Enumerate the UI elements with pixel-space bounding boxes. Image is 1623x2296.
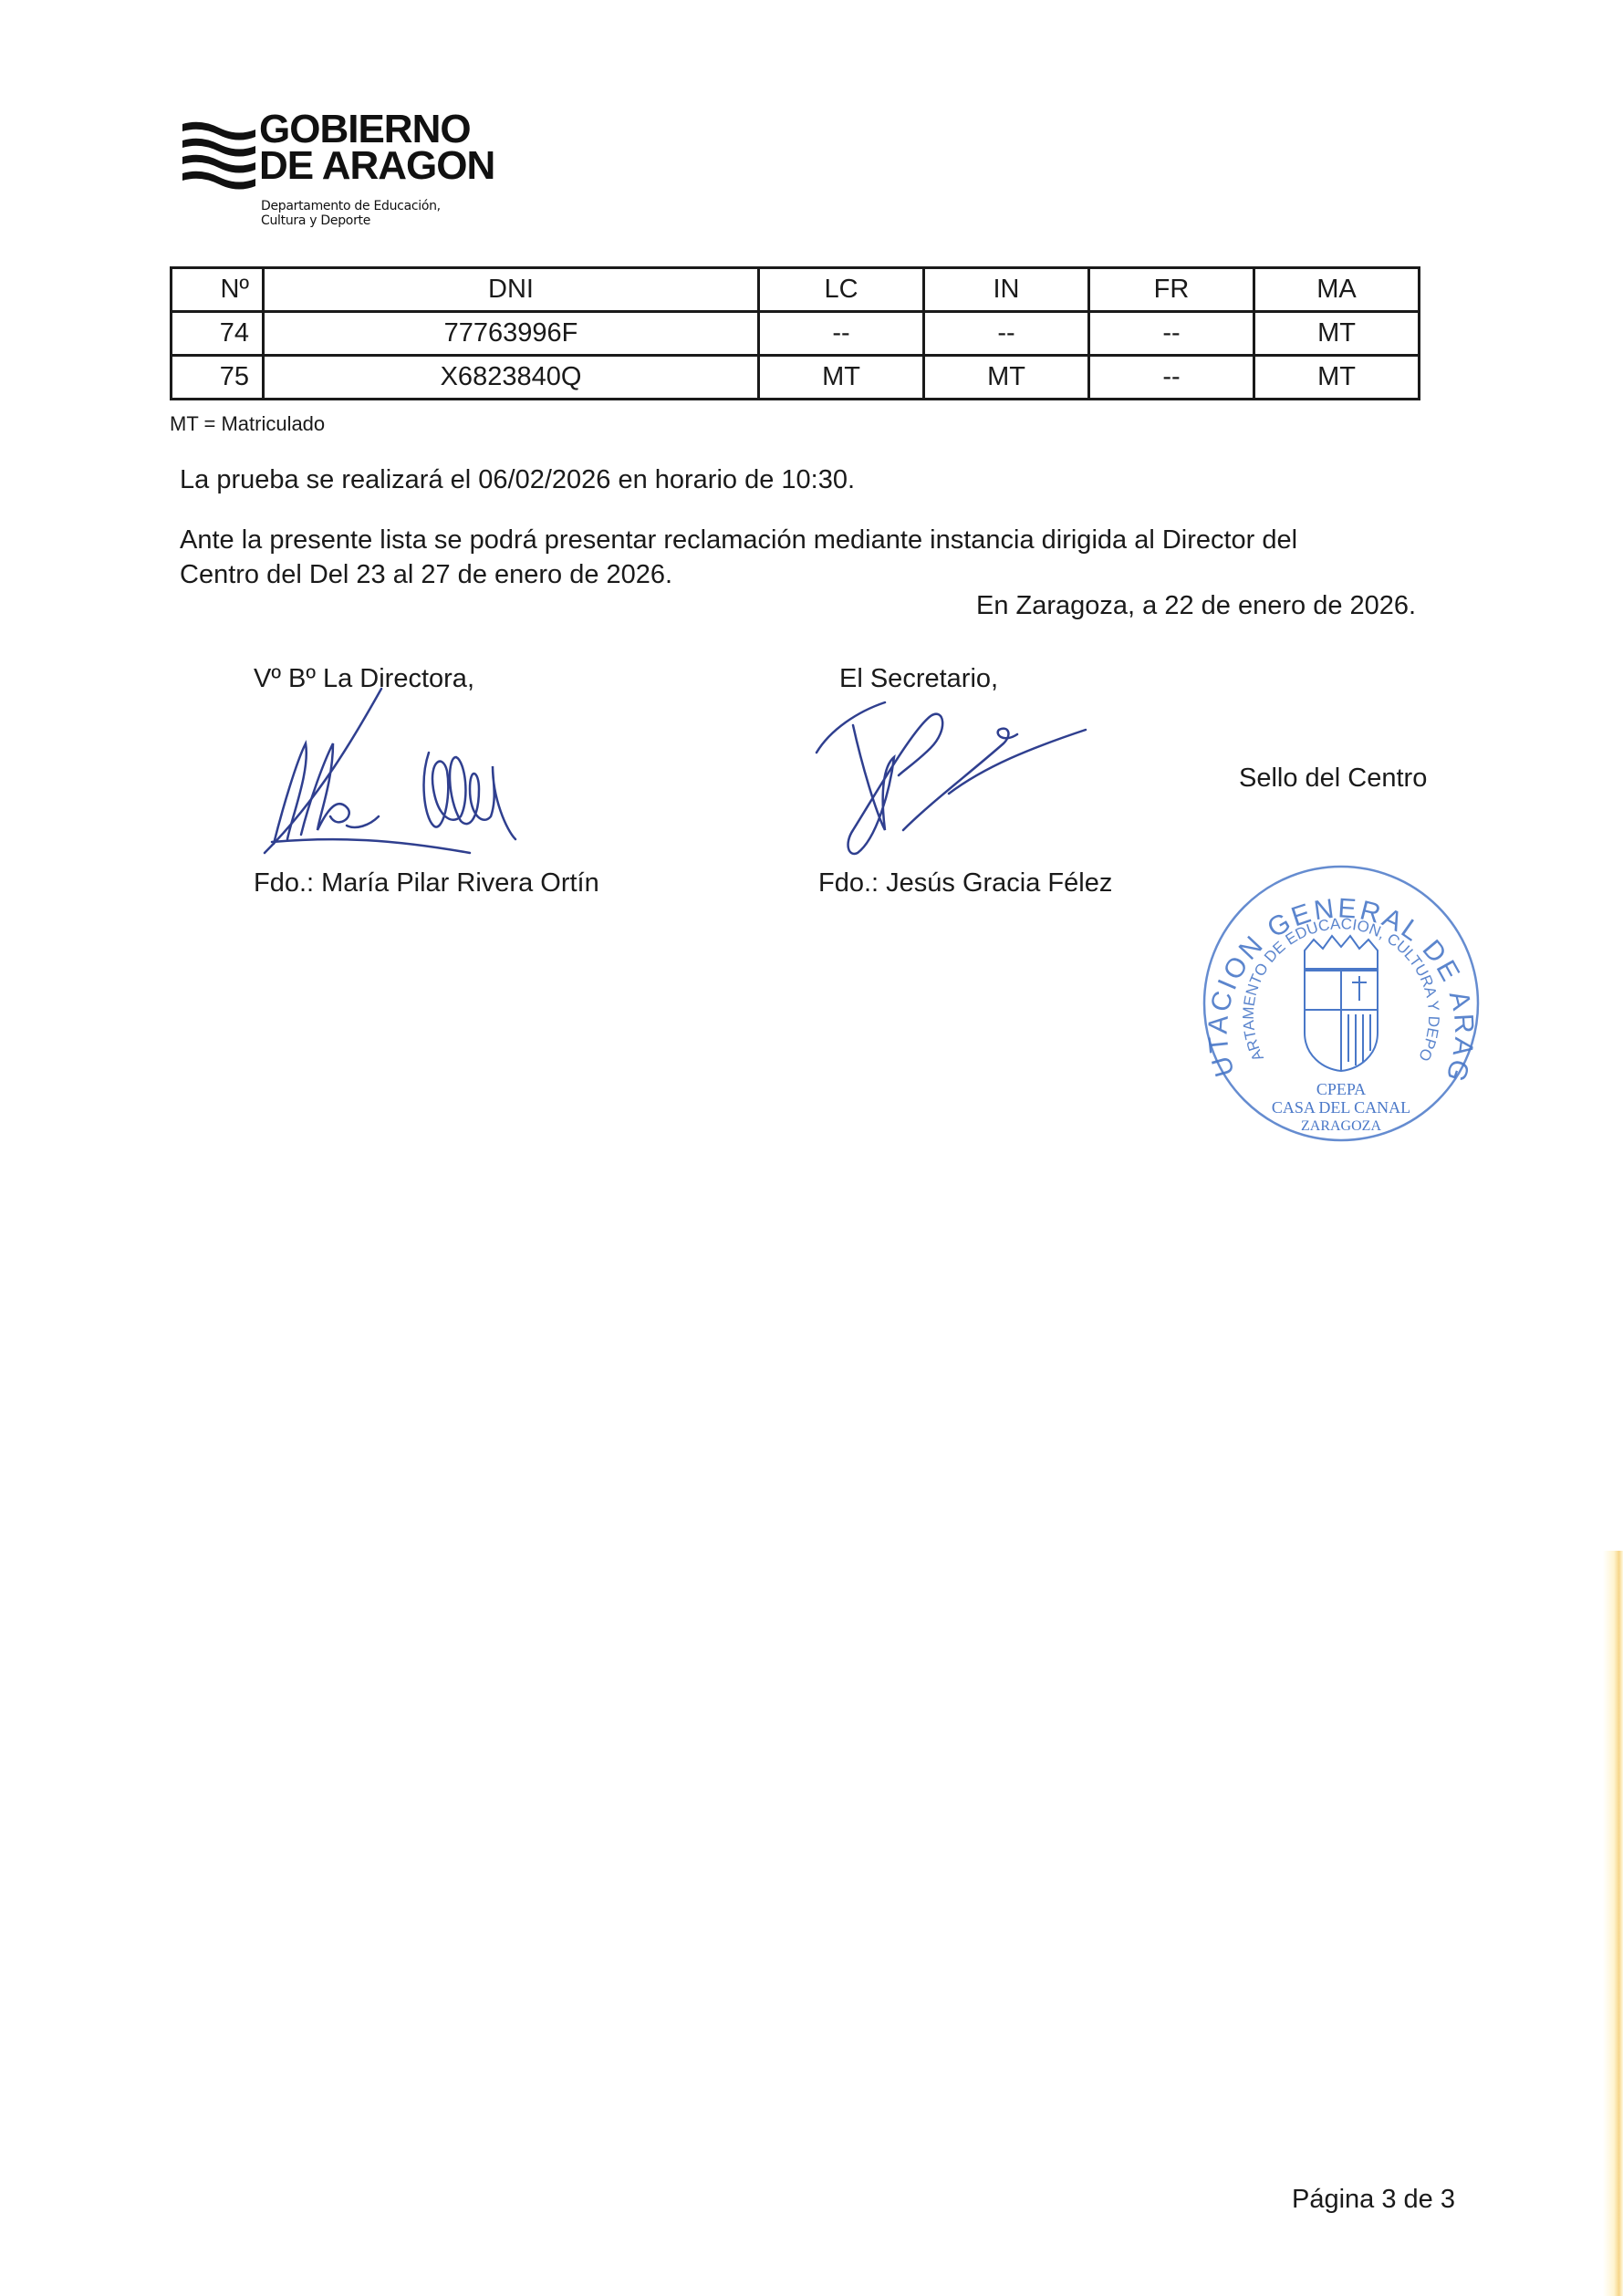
- stamp-center-line-2: CASA DEL CANAL: [1272, 1098, 1410, 1117]
- column-header-in: IN: [924, 268, 1089, 312]
- cell-fr: --: [1089, 356, 1254, 400]
- cell-n: 74: [172, 312, 264, 356]
- official-stamp: DIPUTACION GENERAL DE ARAGON DEPARTAMENT…: [1197, 859, 1485, 1148]
- enrollment-table: Nº DNI LC IN FR MA 74 77763996F -- -- --…: [170, 266, 1420, 400]
- table-row: 75 X6823840Q MT MT -- MT: [172, 356, 1420, 400]
- seal-label: Sello del Centro: [1239, 764, 1427, 794]
- coat-of-arms-icon: [1305, 936, 1378, 1071]
- director-name: Fdo.: María Pilar Rivera Ortín: [254, 868, 599, 899]
- stamp-outer-text: DIPUTACION GENERAL DE ARAGON: [1197, 859, 1479, 1088]
- cell-in: MT: [924, 356, 1089, 400]
- secretary-title: El Secretario,: [839, 664, 998, 694]
- svg-text:DIPUTACION GENERAL DE ARAGON: DIPUTACION GENERAL DE ARAGON: [1197, 859, 1479, 1088]
- claim-text-line-1: Ante la presente lista se podrá presenta…: [180, 524, 1297, 556]
- scan-edge-artifact: [1603, 1551, 1623, 2296]
- logo-line-1: GOBIERNO: [259, 111, 494, 148]
- department-line-2: Cultura y Deporte: [261, 213, 441, 228]
- column-header-ma: MA: [1254, 268, 1420, 312]
- cell-lc: --: [759, 312, 924, 356]
- aragon-waves-icon: [182, 119, 255, 190]
- cell-lc: MT: [759, 356, 924, 400]
- claim-text-line-2: Centro del Del 23 al 27 de enero de 2026…: [180, 558, 672, 591]
- cell-dni: X6823840Q: [264, 356, 759, 400]
- stamp-center-line-3: ZARAGOZA: [1301, 1118, 1381, 1134]
- cell-in: --: [924, 312, 1089, 356]
- column-header-n: Nº: [172, 268, 264, 312]
- cell-dni: 77763996F: [264, 312, 759, 356]
- column-header-lc: LC: [759, 268, 924, 312]
- table-row: 74 77763996F -- -- -- MT: [172, 312, 1420, 356]
- column-header-fr: FR: [1089, 268, 1254, 312]
- column-header-dni: DNI: [264, 268, 759, 312]
- secretary-name: Fdo.: Jesús Gracia Félez: [818, 868, 1112, 899]
- table-header-row: Nº DNI LC IN FR MA: [172, 268, 1420, 312]
- department-name: Departamento de Educación, Cultura y Dep…: [261, 199, 441, 228]
- logo-line-2: DE ARAGON: [259, 148, 494, 184]
- cell-n: 75: [172, 356, 264, 400]
- page-number: Página 3 de 3: [1292, 2185, 1455, 2215]
- cell-fr: --: [1089, 312, 1254, 356]
- table-legend: MT = Matriculado: [170, 412, 325, 436]
- cell-ma: MT: [1254, 312, 1420, 356]
- department-line-1: Departamento de Educación,: [261, 199, 441, 213]
- stamp-center-line-1: CPEPA: [1316, 1080, 1366, 1098]
- exam-notice: La prueba se realizará el 06/02/2026 en …: [180, 463, 855, 496]
- director-signature: [246, 680, 557, 862]
- cell-ma: MT: [1254, 356, 1420, 400]
- logo-wordmark: GOBIERNO DE ARAGON: [259, 111, 494, 184]
- place-and-date: En Zaragoza, a 22 de enero de 2026.: [976, 589, 1416, 622]
- secretary-signature: [812, 693, 1122, 867]
